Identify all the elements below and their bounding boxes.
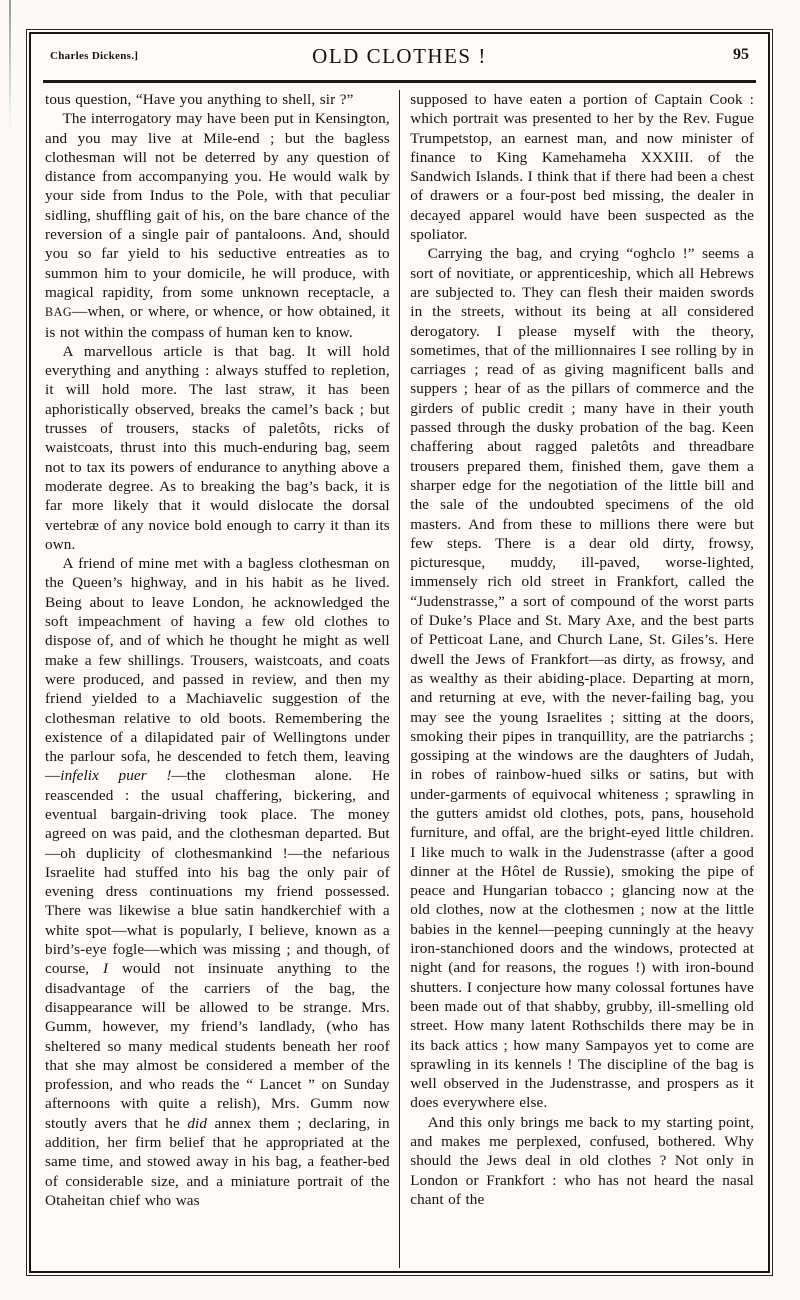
paragraph: A marvellous article is that bag. It wil… <box>45 342 390 554</box>
paragraph: Carrying the bag, and crying “oghclo !” … <box>410 244 754 1112</box>
paragraph: A friend of mine met with a bagless clot… <box>45 554 390 1210</box>
page-border-frame: Charles Dickens.] OLD CLOTHES ! 95 tous … <box>26 29 773 1276</box>
page-title: OLD CLOTHES ! <box>45 34 754 69</box>
page-header: Charles Dickens.] OLD CLOTHES ! 95 <box>45 34 754 80</box>
column-right: supposed to have eaten a portion of Capt… <box>400 90 754 1268</box>
header-rule <box>43 80 756 83</box>
paragraph: The interrogatory may have been put in K… <box>45 109 390 342</box>
page-number: 95 <box>733 46 749 64</box>
scan-edge-artifact <box>9 0 11 130</box>
paragraph: supposed to have eaten a portion of Capt… <box>410 90 754 244</box>
paragraph: And this only brings me back to my start… <box>410 1113 754 1209</box>
page-inner-frame: Charles Dickens.] OLD CLOTHES ! 95 tous … <box>29 32 770 1273</box>
running-head-author: Charles Dickens.] <box>50 50 138 62</box>
article-body: tous question, “Have you anything to she… <box>45 90 754 1268</box>
column-left: tous question, “Have you anything to she… <box>45 90 399 1268</box>
paragraph: tous question, “Have you anything to she… <box>45 90 390 109</box>
